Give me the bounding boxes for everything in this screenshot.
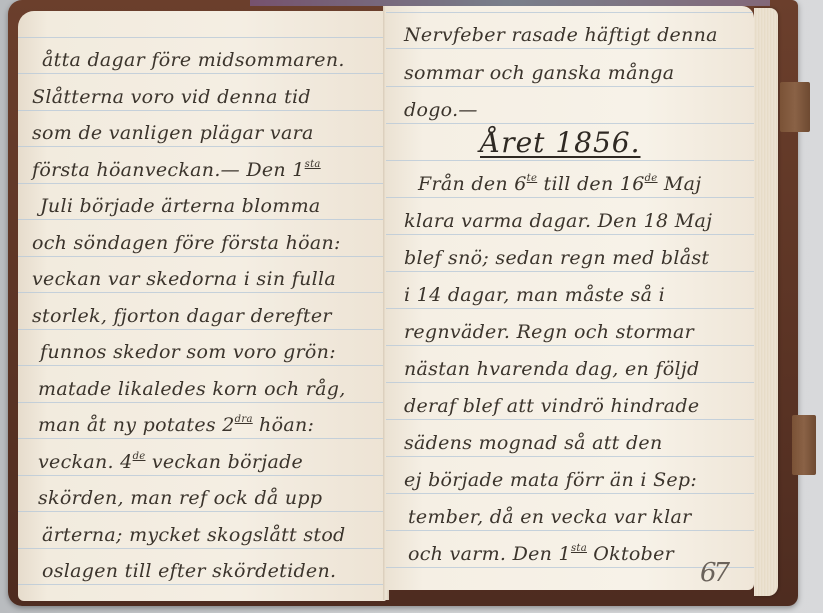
handwritten-line: deraf blef att vindrö hindrade xyxy=(404,395,699,417)
handwritten-line: veckan var skedorna i sin fulla xyxy=(32,268,336,290)
handwritten-line: Juli började ärterna blomma xyxy=(40,195,321,217)
line-text: Från den 6 xyxy=(418,173,527,195)
right-page: Nervfeber rasade häftigt denna sommar oc… xyxy=(386,6,754,590)
handwritten-line: regnväder. Regn och stormar xyxy=(404,321,694,343)
line-text: man åt ny potates 2 xyxy=(38,414,235,436)
handwritten-line: dogo.— xyxy=(404,99,478,121)
ordinal-superscript: te xyxy=(527,173,538,184)
handwritten-line: matade likaledes korn och råg, xyxy=(38,378,346,400)
handwritten-line: nästan hvarenda dag, en följd xyxy=(404,358,700,380)
ordinal-superscript: de xyxy=(133,451,146,462)
handwritten-line: blef snö; sedan regn med blåst xyxy=(404,247,709,269)
line-text: veckan började xyxy=(146,451,304,473)
index-tab-upper xyxy=(780,82,810,132)
line-text: första höanveckan.— Den 1 xyxy=(32,159,305,181)
handwritten-line: funnos skedor som voro grön: xyxy=(40,341,336,363)
line-text: höan: xyxy=(253,414,314,436)
page-number: 67 xyxy=(700,558,727,588)
handwritten-line: oslagen till efter skördetiden. xyxy=(42,560,336,582)
ordinal-superscript: dra xyxy=(235,414,253,425)
handwritten-line: som de vanligen plägar vara xyxy=(32,122,314,144)
year-heading: Året 1856. xyxy=(480,126,641,159)
handwritten-line: och söndagen före första höan: xyxy=(32,232,341,254)
handwritten-line: sommar och ganska många xyxy=(404,62,674,84)
ordinal-superscript: de xyxy=(645,173,658,184)
handwritten-line: i 14 dagar, man måste så i xyxy=(404,284,665,306)
handwritten-line: Nervfeber rasade häftigt denna xyxy=(404,24,718,46)
handwritten-line: skörden, man ref ock då upp xyxy=(38,487,322,509)
handwritten-line: åtta dagar före midsommaren. xyxy=(42,49,345,71)
handwritten-line: veckan. 4de veckan började xyxy=(38,451,303,473)
line-text: och varm. Den 1 xyxy=(408,543,571,565)
handwritten-line: tember, då en vecka var klar xyxy=(408,506,692,528)
index-tab-lower xyxy=(792,415,816,475)
line-text: veckan. 4 xyxy=(38,451,133,473)
ordinal-superscript: sta xyxy=(305,159,321,170)
line-text: Maj xyxy=(658,173,702,195)
ordinal-superscript: sta xyxy=(571,543,587,554)
handwritten-line: ärterna; mycket skogslått stod xyxy=(42,524,346,546)
left-page: åtta dagar före midsommaren. Slåtterna v… xyxy=(18,11,386,601)
handwritten-line: ej började mata förr än i Sep: xyxy=(404,469,697,491)
line-text: Oktober xyxy=(587,543,674,565)
handwritten-line: och varm. Den 1sta Oktober xyxy=(408,543,674,565)
line-text: till den 16 xyxy=(537,173,644,195)
handwritten-line: storlek, fjorton dagar derefter xyxy=(32,305,332,327)
handwritten-line: Från den 6te till den 16de Maj xyxy=(418,173,701,195)
handwritten-line: klara varma dagar. Den 18 Maj xyxy=(404,210,712,232)
handwritten-line: Slåtterna voro vid denna tid xyxy=(32,86,311,108)
handwritten-line: sädens mognad så att den xyxy=(404,432,663,454)
handwritten-line: man åt ny potates 2dra höan: xyxy=(38,414,314,436)
handwritten-line: första höanveckan.— Den 1sta xyxy=(32,159,321,181)
page-edges xyxy=(754,8,778,596)
